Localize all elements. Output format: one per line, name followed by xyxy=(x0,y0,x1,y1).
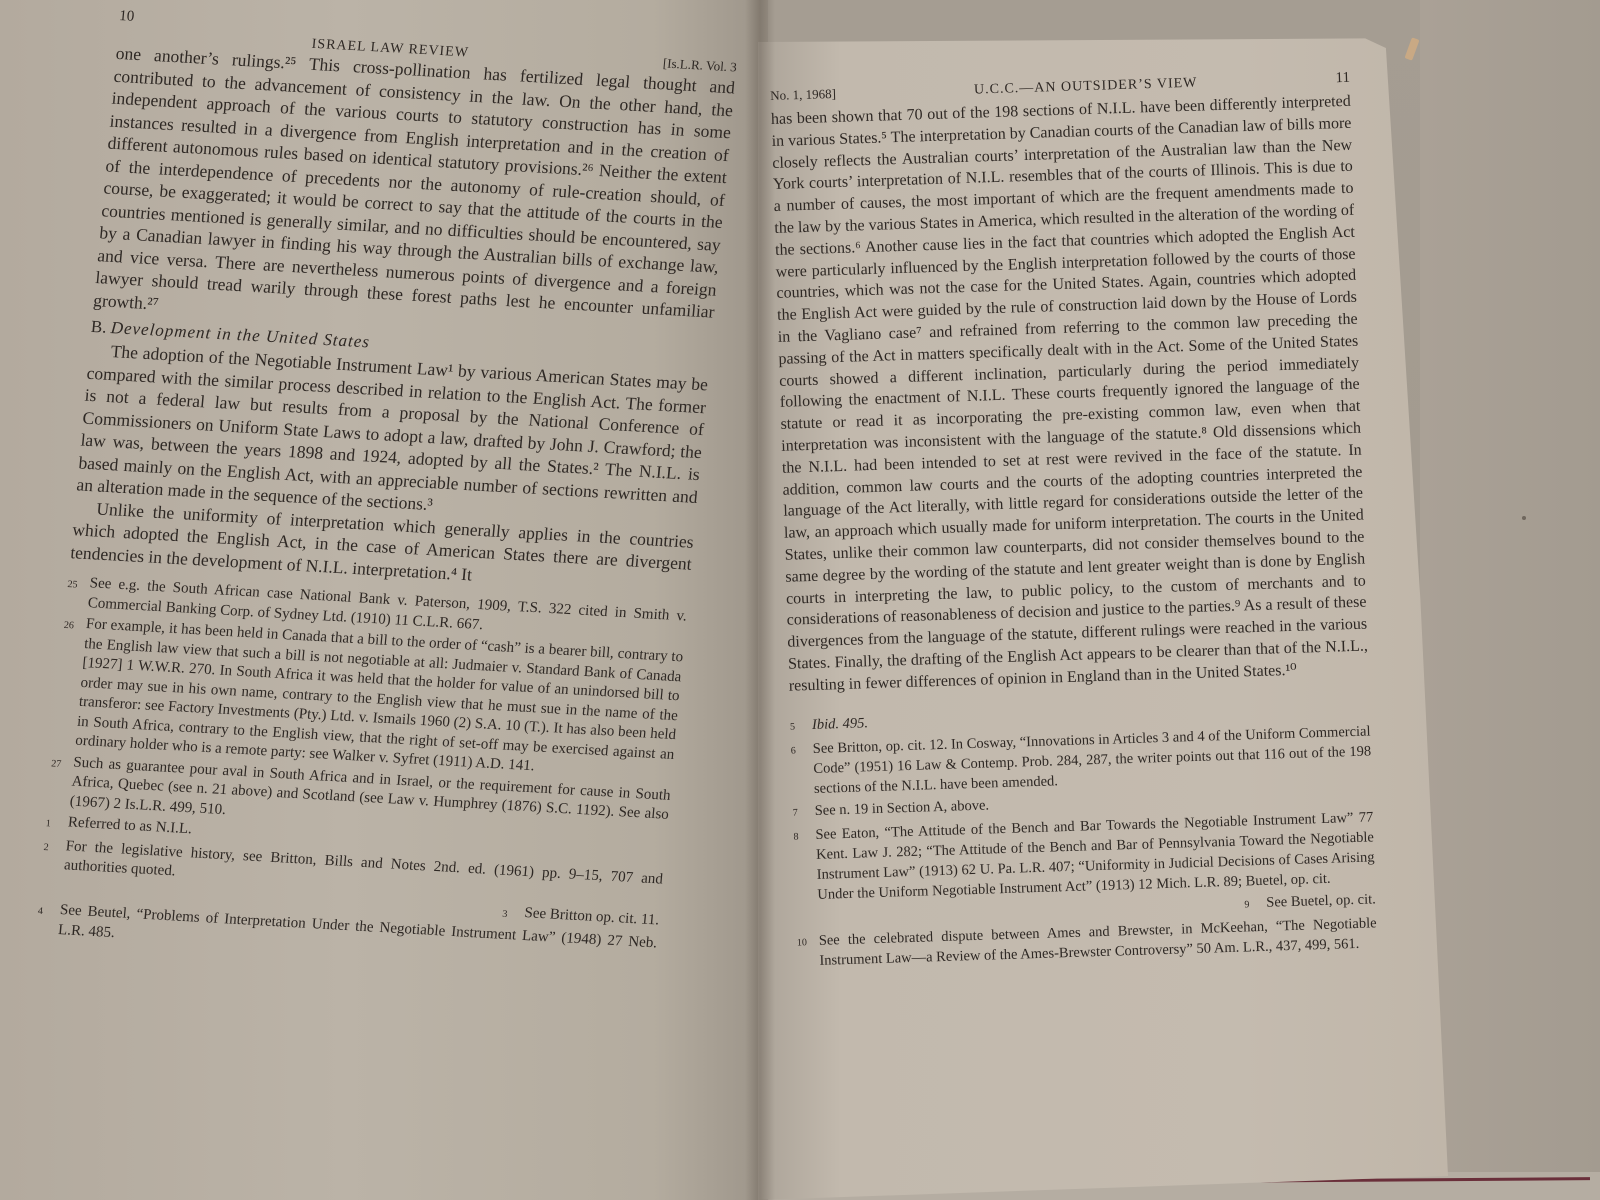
right-page-content: No. 1, 1968] U.C.C.—AN OUTSIDER’S VIEW 1… xyxy=(770,70,1378,973)
table-surface xyxy=(1420,0,1600,1200)
body-text: has been shown that 70 out of the 198 se… xyxy=(771,91,1369,697)
speck xyxy=(1522,516,1526,520)
footnotes: 25See e.g. the South African case Nation… xyxy=(35,573,687,973)
issue-reference: No. 1, 1968] xyxy=(770,86,836,104)
footnote: 8See Eaton, “The Attitude of the Bench a… xyxy=(793,807,1375,905)
page-number: 11 xyxy=(1335,70,1350,87)
footnotes: 5Ibid. 495. 6See Britton, op. cit. 12. I… xyxy=(790,697,1378,971)
book-gutter xyxy=(745,0,775,1200)
paragraph: one another’s rulings.²⁵ This cross-poll… xyxy=(92,42,736,346)
body-text: one another’s rulings.²⁵ This cross-poll… xyxy=(69,42,735,598)
paragraph: has been shown that 70 out of the 198 se… xyxy=(771,91,1369,697)
section-letter: B. xyxy=(90,317,107,337)
left-page-content: 10 ISRAEL LAW REVIEW [Is.L.R. Vol. 3 one… xyxy=(35,8,739,975)
